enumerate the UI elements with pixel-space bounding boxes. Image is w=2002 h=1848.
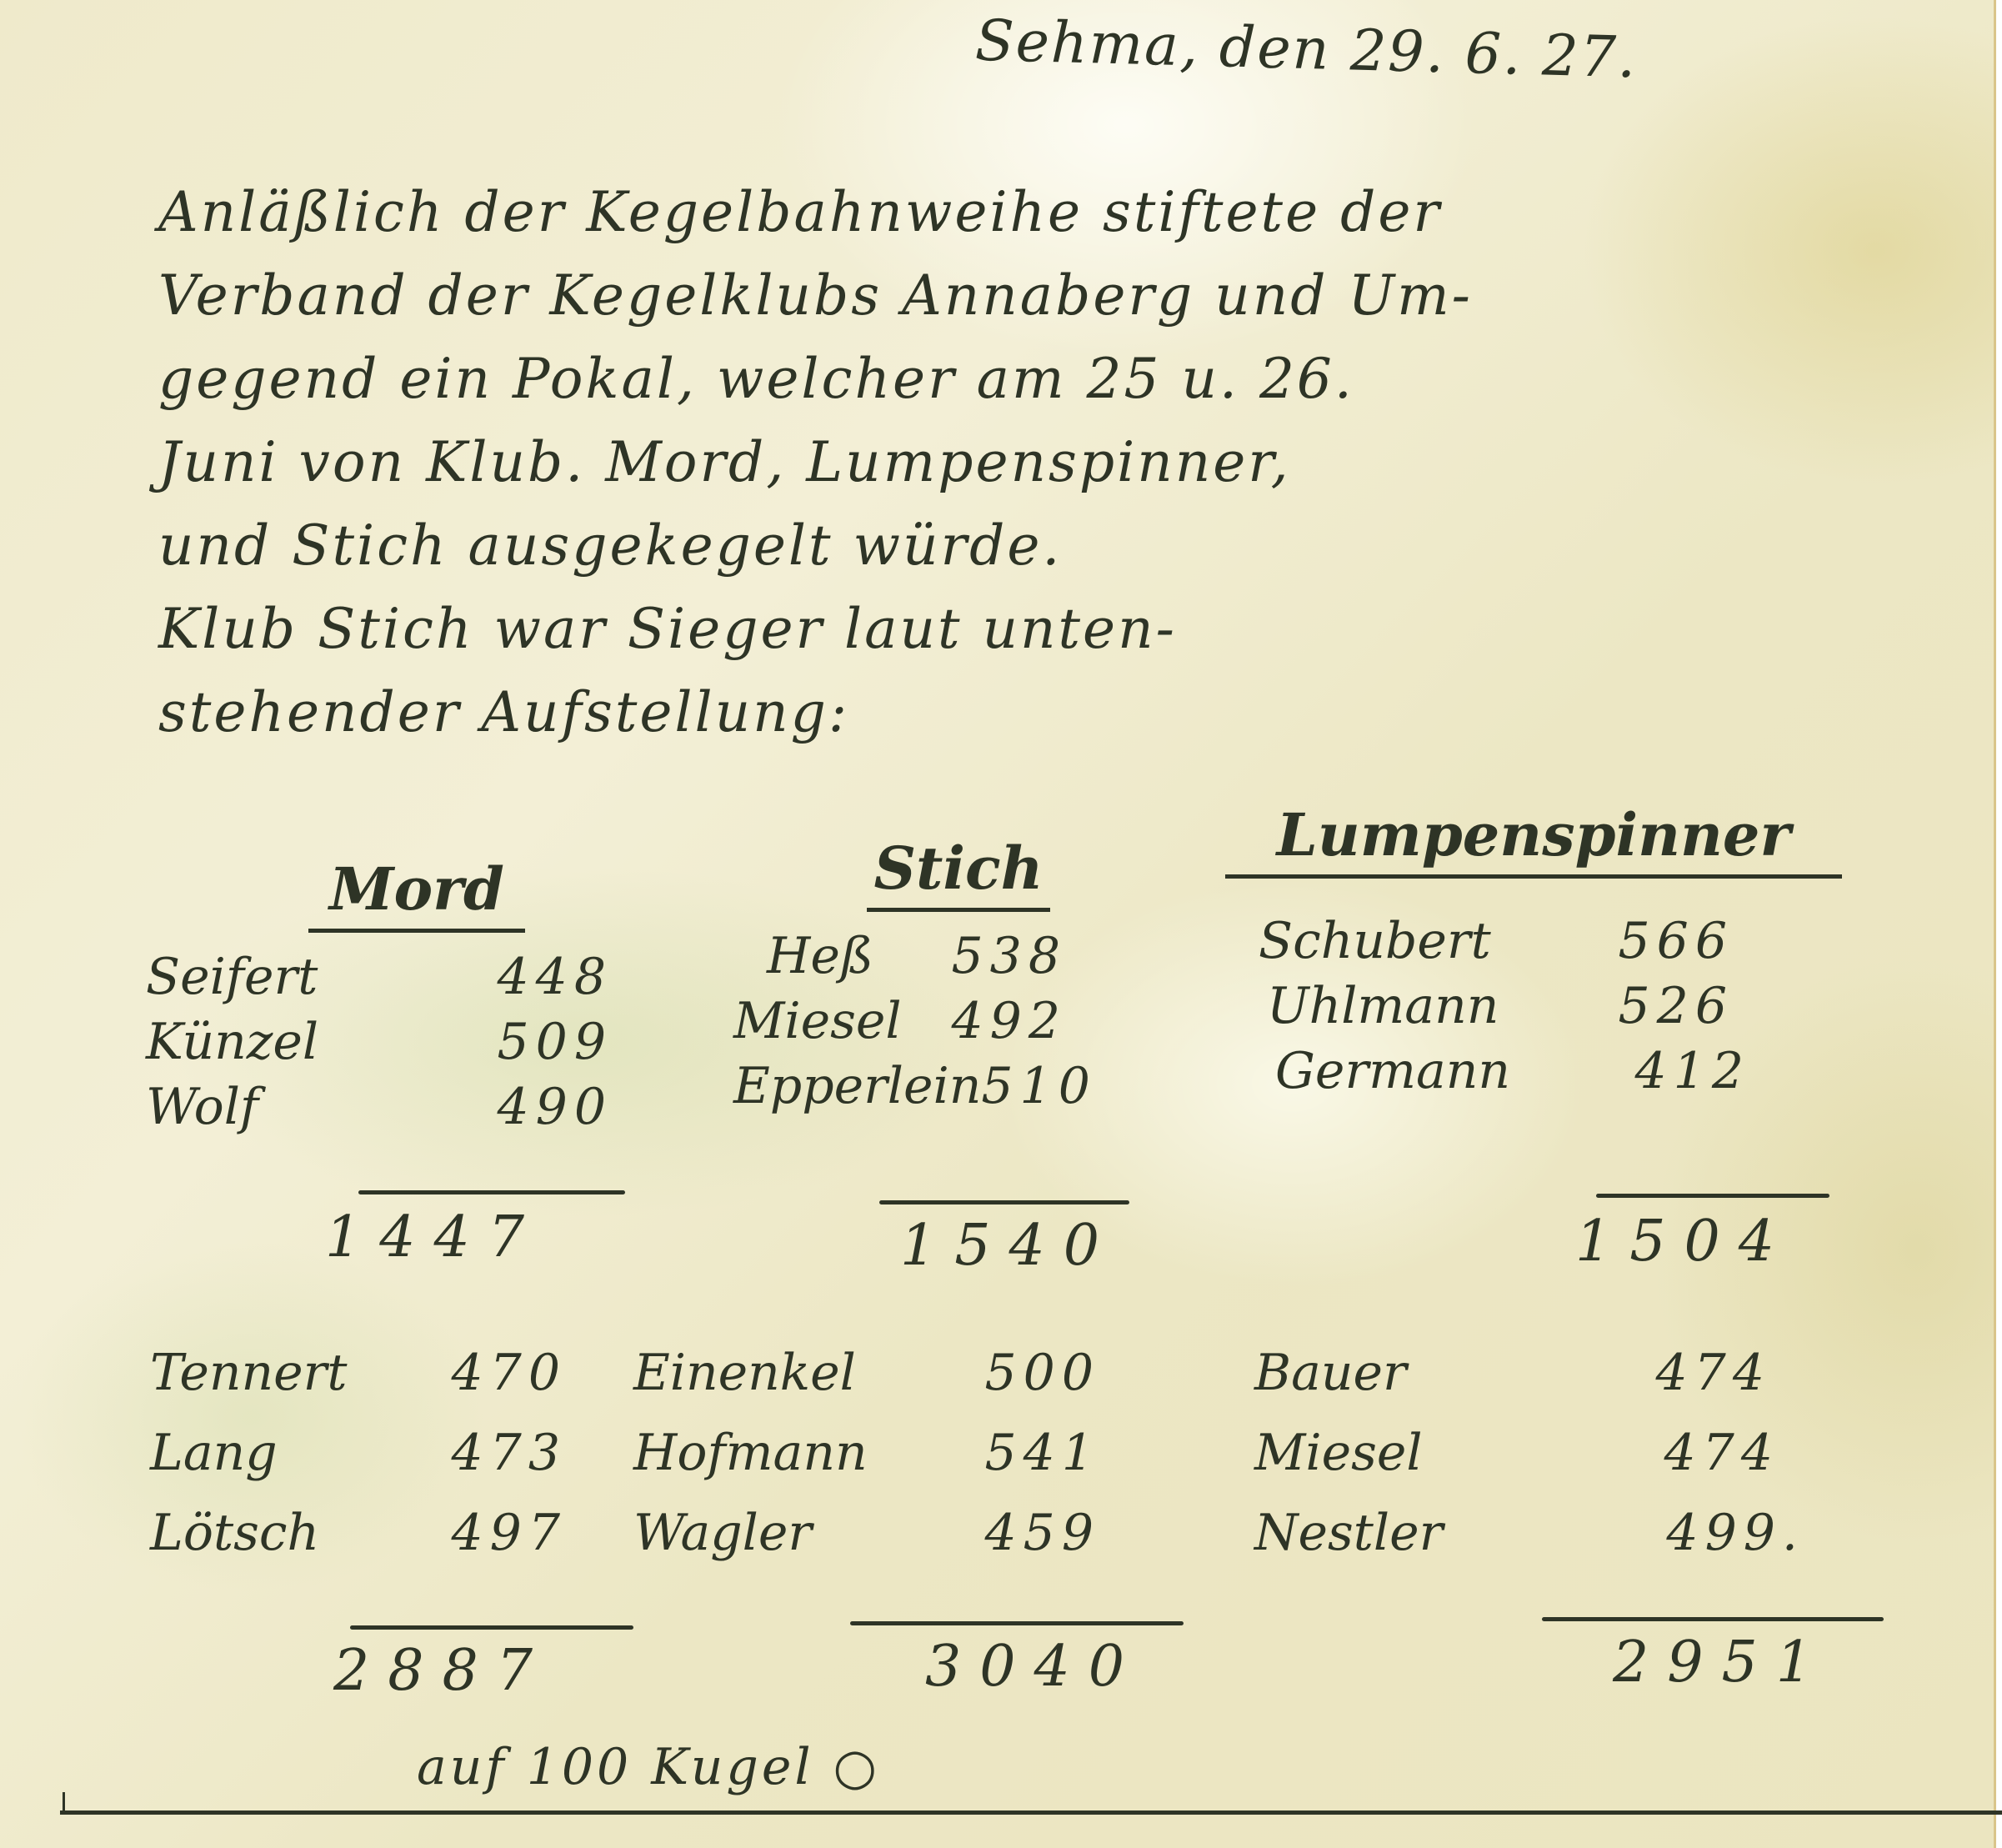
- player-score: 459: [984, 1504, 1100, 1562]
- total-rule: [350, 1625, 633, 1630]
- player-row: Germann412: [1225, 1042, 1842, 1107]
- place-date-heading: Sehma, den 29. 6. 27.: [974, 8, 1638, 92]
- paper-page: Sehma, den 29. 6. 27. Anläßlich der Kege…: [0, 0, 1996, 1848]
- subtotal-rule: [1596, 1194, 1829, 1198]
- team-lumpenspinner-round1: Lumpenspinner Schubert566 Uhlmann526 Ger…: [1225, 800, 1842, 1107]
- player-name: Lang: [150, 1424, 278, 1482]
- player-row: Bauer474: [1254, 1344, 1804, 1409]
- intro-paragraph: Anläßlich der Kegelbahnweihe stiftete de…: [158, 171, 1942, 754]
- player-score: 526: [1618, 977, 1734, 1035]
- player-name: Heß: [767, 927, 873, 985]
- player-score: 492: [951, 992, 1067, 1050]
- player-score: 474: [1664, 1424, 1779, 1482]
- player-name: Wagler: [633, 1504, 812, 1562]
- total-score: 3040: [925, 1634, 1143, 1700]
- player-score: 509: [497, 1013, 613, 1071]
- player-score: 538: [951, 927, 1067, 985]
- team-stich-round1: Stich Heß538 Miesel492 Epperlein510: [733, 834, 1067, 1122]
- subtotal-rule: [879, 1200, 1129, 1204]
- player-name: Seifert: [146, 948, 318, 1006]
- player-score: 448: [497, 948, 613, 1006]
- team-name-header: Lumpenspinner: [1225, 800, 1842, 879]
- player-name: Germann: [1275, 1042, 1510, 1100]
- player-row: Wagler459: [633, 1504, 1100, 1569]
- player-row: Nestler499.: [1254, 1504, 1804, 1569]
- player-score: 474: [1655, 1344, 1771, 1402]
- team-stich-round2: Einenkel500 Hofmann541 Wagler459: [633, 1344, 1100, 1569]
- team-name-header: Stich: [867, 834, 1050, 912]
- paragraph-line: Klub Stich war Sieger laut unten-: [158, 588, 1942, 671]
- player-name: Bauer: [1254, 1344, 1407, 1402]
- player-score: 470: [451, 1344, 567, 1402]
- player-row: Wolf490: [146, 1078, 613, 1143]
- paragraph-line: Verband der Kegelklubs Annaberg und Um-: [158, 254, 1942, 338]
- player-score: 473: [451, 1424, 567, 1482]
- player-name: Tennert: [150, 1344, 347, 1402]
- bottom-rule: [60, 1810, 2002, 1815]
- player-name: Miesel: [733, 992, 902, 1050]
- subtotal-score: 1540: [900, 1213, 1118, 1279]
- team-name-header: Mord: [308, 854, 525, 933]
- team-mord-round2: Tennert470 Lang473 Lötsch497: [150, 1344, 567, 1569]
- player-row: Lang473: [150, 1424, 567, 1489]
- player-score: 500: [984, 1344, 1100, 1402]
- subtotal-score: 1447: [325, 1204, 543, 1270]
- player-name: Einenkel: [633, 1344, 856, 1402]
- subtotal-rule: [358, 1190, 625, 1194]
- player-name: Epperlein: [733, 1057, 981, 1115]
- paragraph-line: gegend ein Pokal, welcher am 25 u. 26.: [158, 338, 1942, 421]
- player-score: 490: [497, 1078, 613, 1136]
- player-name: Wolf: [146, 1078, 258, 1136]
- player-score: 499.: [1666, 1504, 1804, 1562]
- paragraph-line: stehender Aufstellung:: [158, 671, 1942, 754]
- total-score: 2887: [333, 1638, 551, 1704]
- footer-note: auf 100 Kugel ○: [417, 1738, 880, 1796]
- subtotal-score: 1504: [1575, 1209, 1793, 1275]
- team-mord-round1: Mord Seifert448 Künzel509 Wolf490: [146, 854, 613, 1143]
- player-row: Seifert448: [146, 948, 613, 1013]
- player-name: Nestler: [1254, 1504, 1443, 1562]
- player-row: Epperlein510: [733, 1057, 1067, 1122]
- paragraph-line: und Stich ausgekegelt würde.: [158, 504, 1942, 588]
- player-row: Miesel474: [1254, 1424, 1804, 1489]
- player-name: Schubert: [1259, 912, 1491, 970]
- player-name: Hofmann: [633, 1424, 868, 1482]
- player-score: 566: [1618, 912, 1734, 970]
- player-row: Schubert566: [1225, 912, 1842, 977]
- player-row: Heß538: [733, 927, 1067, 992]
- total-score: 2951: [1613, 1630, 1830, 1695]
- player-row: Tennert470: [150, 1344, 567, 1409]
- player-row: Einenkel500: [633, 1344, 1100, 1409]
- total-rule: [850, 1621, 1184, 1625]
- player-row: Miesel492: [733, 992, 1067, 1057]
- paragraph-line: Anläßlich der Kegelbahnweihe stiftete de…: [158, 171, 1942, 254]
- total-rule: [1542, 1617, 1884, 1621]
- team-lumpenspinner-round2: Bauer474 Miesel474 Nestler499.: [1254, 1344, 1804, 1569]
- player-row: Künzel509: [146, 1013, 613, 1078]
- player-name: Künzel: [146, 1013, 318, 1071]
- player-score: 412: [1634, 1042, 1750, 1100]
- player-row: Lötsch497: [150, 1504, 567, 1569]
- player-name: Lötsch: [150, 1504, 319, 1562]
- player-name: Miesel: [1254, 1424, 1423, 1482]
- player-row: Uhlmann526: [1225, 977, 1842, 1042]
- player-score: 541: [984, 1424, 1100, 1482]
- player-score: 497: [451, 1504, 567, 1562]
- player-score: 510: [981, 1057, 1097, 1115]
- player-row: Hofmann541: [633, 1424, 1100, 1489]
- paragraph-line: Juni von Klub. Mord, Lumpenspinner,: [158, 421, 1942, 504]
- player-name: Uhlmann: [1267, 977, 1499, 1035]
